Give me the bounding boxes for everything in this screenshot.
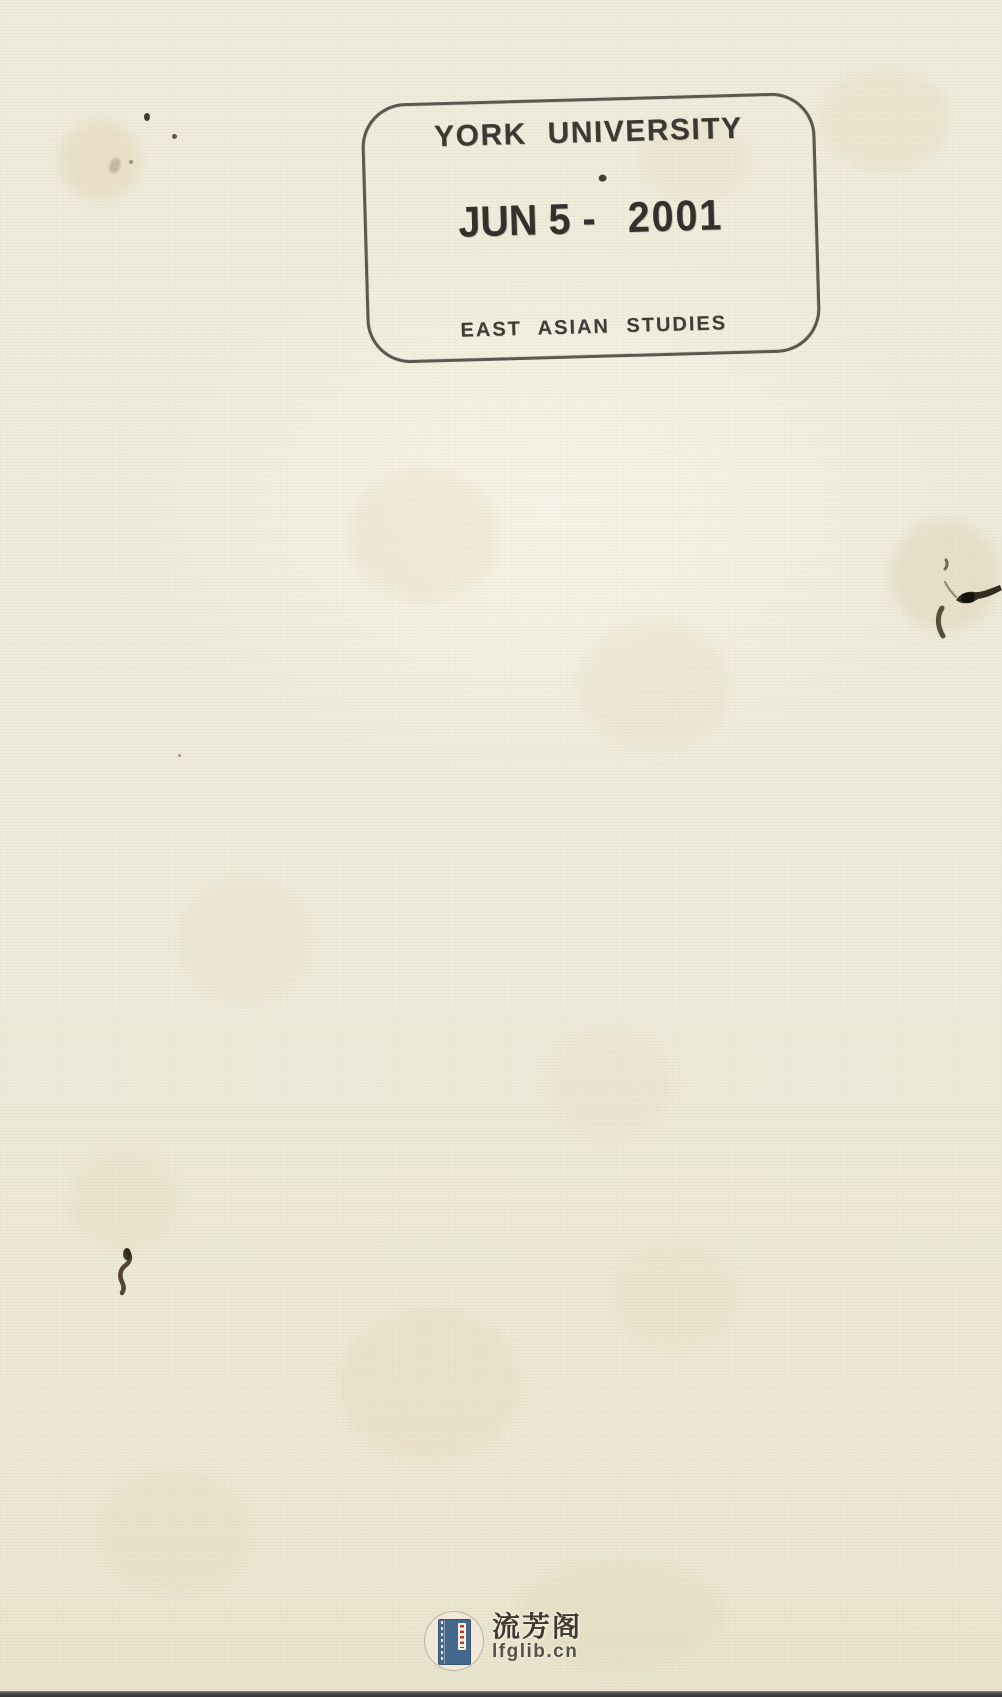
ink-speck (144, 113, 150, 121)
stamp-date-year: 2001 (627, 191, 724, 243)
stamp-ink-dot (599, 175, 607, 182)
paper-stain (100, 1470, 250, 1590)
curl-mark (110, 1246, 140, 1298)
watermark-site-name: 流芳阁 (492, 1612, 582, 1642)
stamp-department: EAST ASIAN STUDIES (370, 310, 818, 345)
book-title-label (458, 1623, 466, 1650)
ink-speck (129, 160, 133, 164)
stamp-date-month-day: JUN 5 (458, 196, 571, 248)
ink-speck (172, 134, 177, 139)
watermark-badge (424, 1611, 484, 1671)
book-spine-line (444, 1620, 445, 1664)
ink-blot (918, 548, 1002, 648)
book-label-seal-text (460, 1625, 464, 1648)
stamp-institution: YORK UNIVERSITY (364, 110, 813, 156)
paper-stain (820, 70, 950, 170)
watermark-site-url: lfglib.cn (492, 1642, 582, 1662)
watermark-text: 流芳阁 lfglib.cn (492, 1611, 582, 1671)
stitched-book-icon (438, 1619, 471, 1665)
pencil-smudge (108, 157, 122, 174)
paper-stain (610, 1240, 740, 1350)
paper-stain (70, 1150, 180, 1250)
paper-stain (350, 470, 500, 600)
paper-stain (180, 880, 310, 1000)
watermark: 流芳阁 lfglib.cn (424, 1611, 582, 1671)
stamp-date-dash: - (582, 195, 597, 244)
paper-stain (340, 1310, 520, 1460)
scanned-page: YORK UNIVERSITY JUN 5 - 2001 EAST ASIAN … (0, 0, 1002, 1697)
library-stamp: YORK UNIVERSITY JUN 5 - 2001 EAST ASIAN … (360, 92, 821, 365)
stamp-date: JUN 5 - 2001 (384, 189, 797, 249)
paper-stain (580, 620, 730, 750)
paper-stain (550, 1030, 670, 1140)
ink-speck (178, 754, 181, 757)
scan-bottom-edge (0, 1691, 1002, 1697)
book-stitch-binding (441, 1621, 443, 1663)
paper-stain (60, 120, 140, 200)
